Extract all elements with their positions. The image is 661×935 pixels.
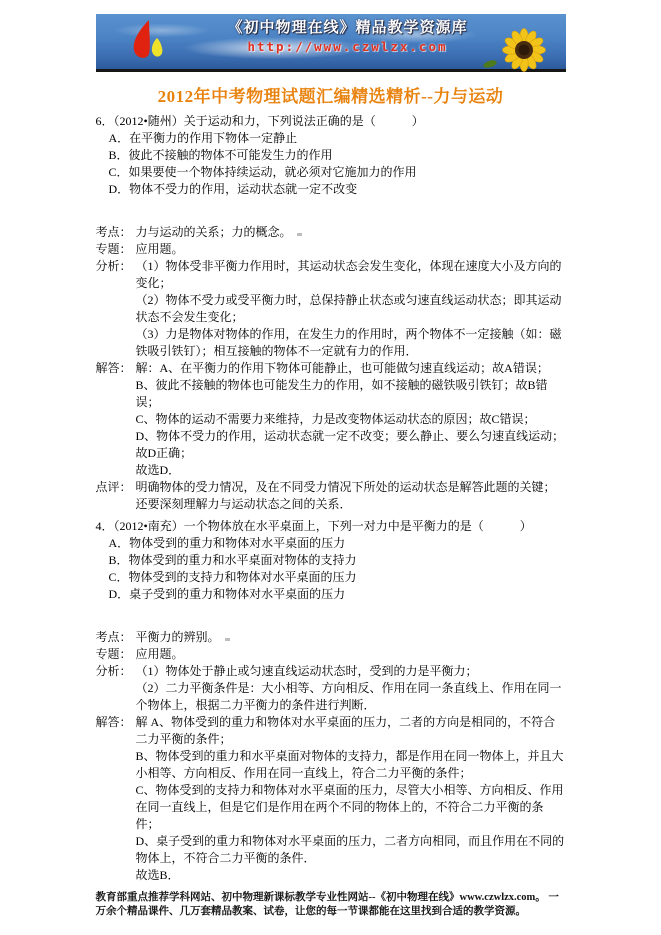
section-jieda: 解答： 解 A、物体受到的重力和物体对水平桌面的压力，二者的方向是相同的，不符合… xyxy=(96,714,566,884)
question-stem: 6．（2012•随州）关于运动和力，下列说法正确的是（ ） xyxy=(96,113,566,130)
site-banner: 《初中物理在线》精品教学资源库 http://www.czwlzx.com xyxy=(96,14,566,72)
section-paragraph: （2）二力平衡条件是：大小相等、方向相反、作用在同一条直线上、作用在同一个物体上… xyxy=(136,680,566,714)
option-a: A．在平衡力的作用下物体一定静止 xyxy=(96,130,566,147)
section-label: 考点： xyxy=(96,224,136,241)
option-c: C．物体受到的支持力和物体对水平桌面的压力 xyxy=(96,569,566,586)
option-d: D．物体不受力的作用，运动状态就一定不改变 xyxy=(96,181,566,198)
option-b: B．彼此不接触的物体不可能发生力的作用 xyxy=(96,147,566,164)
anchor-mark-icon xyxy=(225,638,230,641)
section-label: 考点： xyxy=(96,629,136,646)
section-dianping: 点评： 明确物体的受力情况，及在不同受力情况下所处的运动状态是解答此题的关键；还… xyxy=(96,479,566,513)
section-text: 明确物体的受力情况，及在不同受力情况下所处的运动状态是解答此题的关键；还要深刻理… xyxy=(136,479,566,513)
section-paragraph: B、彼此不接触的物体也可能发生力的作用，如不接触的磁铁吸引铁钉；故B错误； xyxy=(136,377,566,411)
footer-text: 教育部重点推荐学科网站、初中物理新课标教学专业性网站--《初中物理在线》www.… xyxy=(96,891,566,918)
section-label: 分析： xyxy=(96,663,136,714)
analysis-sections: 考点： 力与运动的关系；力的概念。 专题： 应用题。 分析： （1）物体受非平衡… xyxy=(96,224,566,513)
question-6: 6．（2012•随州）关于运动和力，下列说法正确的是（ ） A．在平衡力的作用下… xyxy=(96,113,566,513)
section-text: 平衡力的辨别。 xyxy=(136,630,220,644)
sunflower-icon xyxy=(474,26,552,72)
section-paragraph: （3）力是物体对物体的作用，在发生力的作用时，两个物体不一定接触（如：磁铁吸引铁… xyxy=(136,326,566,360)
section-paragraph: 故选B． xyxy=(136,867,566,884)
section-paragraph: 解 A、物体受到的重力和物体对水平桌面的压力，二者的方向是相同的，不符合二力平衡… xyxy=(136,714,566,748)
section-text: 力与运动的关系；力的概念。 xyxy=(136,225,292,239)
section-paragraph: D、物体不受力的作用，运动状态就一定不改变；要么静止、要么匀速直线运动； xyxy=(136,428,566,445)
section-label: 点评： xyxy=(96,479,136,513)
section-paragraph: B、物体受到的重力和水平桌面对物体的支持力，都是作用在同一物体上，并且大小相等、… xyxy=(136,748,566,782)
section-paragraph: （1）物体处于静止或匀速直线运动状态时，受到的力是平衡力； xyxy=(136,663,566,680)
section-fenxi: 分析： （1）物体处于静止或匀速直线运动状态时，受到的力是平衡力； （2）二力平… xyxy=(96,663,566,714)
section-label: 解答： xyxy=(96,360,136,479)
section-jieda: 解答： 解：A、在平衡力的作用下物体可能静止，也可能做匀速直线运动；故A错误； … xyxy=(96,360,566,479)
option-b: B．物体受到的重力和水平桌面对物体的支持力 xyxy=(96,552,566,569)
analysis-sections: 考点： 平衡力的辨别。 专题： 应用题。 分析： （1）物体处于静止或匀速直线运… xyxy=(96,629,566,884)
document-page: 《初中物理在线》精品教学资源库 http://www.czwlzx.com xyxy=(0,0,661,935)
section-label: 专题： xyxy=(96,241,136,258)
anchor-mark-icon xyxy=(297,233,302,236)
option-list: A．在平衡力的作用下物体一定静止 B．彼此不接触的物体不可能发生力的作用 C．如… xyxy=(96,130,566,198)
question-stem: 4．（2012•南充）一个物体放在水平桌面上，下列一对力中是平衡力的是（ ） xyxy=(96,518,566,535)
section-paragraph: （2）物体不受力或受平衡力时，总保持静止状态或匀速直线运动状态；即其运动状态不会… xyxy=(136,292,566,326)
section-kaodian: 考点： 平衡力的辨别。 xyxy=(96,629,566,646)
section-label: 分析： xyxy=(96,258,136,360)
section-label: 专题： xyxy=(96,646,136,663)
section-text: 应用题。 xyxy=(136,241,566,258)
option-a: A．物体受到的重力和物体对水平桌面的压力 xyxy=(96,535,566,552)
section-zhuanti: 专题： 应用题。 xyxy=(96,646,566,663)
section-paragraph: 故D正确； xyxy=(136,445,566,462)
section-paragraph: C、物体受到的支持力和物体对水平桌面的压力，尽管大小相等、方向相反、作用在同一直… xyxy=(136,782,566,833)
section-label: 解答： xyxy=(96,714,136,884)
section-paragraph: 故选D． xyxy=(136,462,566,479)
section-zhuanti: 专题： 应用题。 xyxy=(96,241,566,258)
option-d: D．桌子受到的重力和物体对水平桌面的压力 xyxy=(96,586,566,603)
section-paragraph: 解：A、在平衡力的作用下物体可能静止，也可能做匀速直线运动；故A错误； xyxy=(136,360,566,377)
section-fenxi: 分析： （1）物体受非平衡力作用时，其运动状态会发生变化，体现在速度大小及方向的… xyxy=(96,258,566,360)
section-paragraph: D、桌子受到的重力和物体对水平桌面的压力，二者方向相同，而且作用在不同的物体上，… xyxy=(136,833,566,867)
section-kaodian: 考点： 力与运动的关系；力的概念。 xyxy=(96,224,566,241)
option-c: C．如果要使一个物体持续运动，就必须对它施加力的作用 xyxy=(96,164,566,181)
section-paragraph: （1）物体受非平衡力作用时，其运动状态会发生变化，体现在速度大小及方向的变化； xyxy=(136,258,566,292)
section-paragraph: C、物体的运动不需要力来维持，力是改变物体运动状态的原因；故C错误； xyxy=(136,411,566,428)
section-text: 应用题。 xyxy=(136,646,566,663)
page-title: 2012年中考物理试题汇编精选精析--力与运动 xyxy=(96,87,566,106)
question-4: 4．（2012•南充）一个物体放在水平桌面上，下列一对力中是平衡力的是（ ） A… xyxy=(96,518,566,884)
option-list: A．物体受到的重力和物体对水平桌面的压力 B．物体受到的重力和水平桌面对物体的支… xyxy=(96,535,566,603)
